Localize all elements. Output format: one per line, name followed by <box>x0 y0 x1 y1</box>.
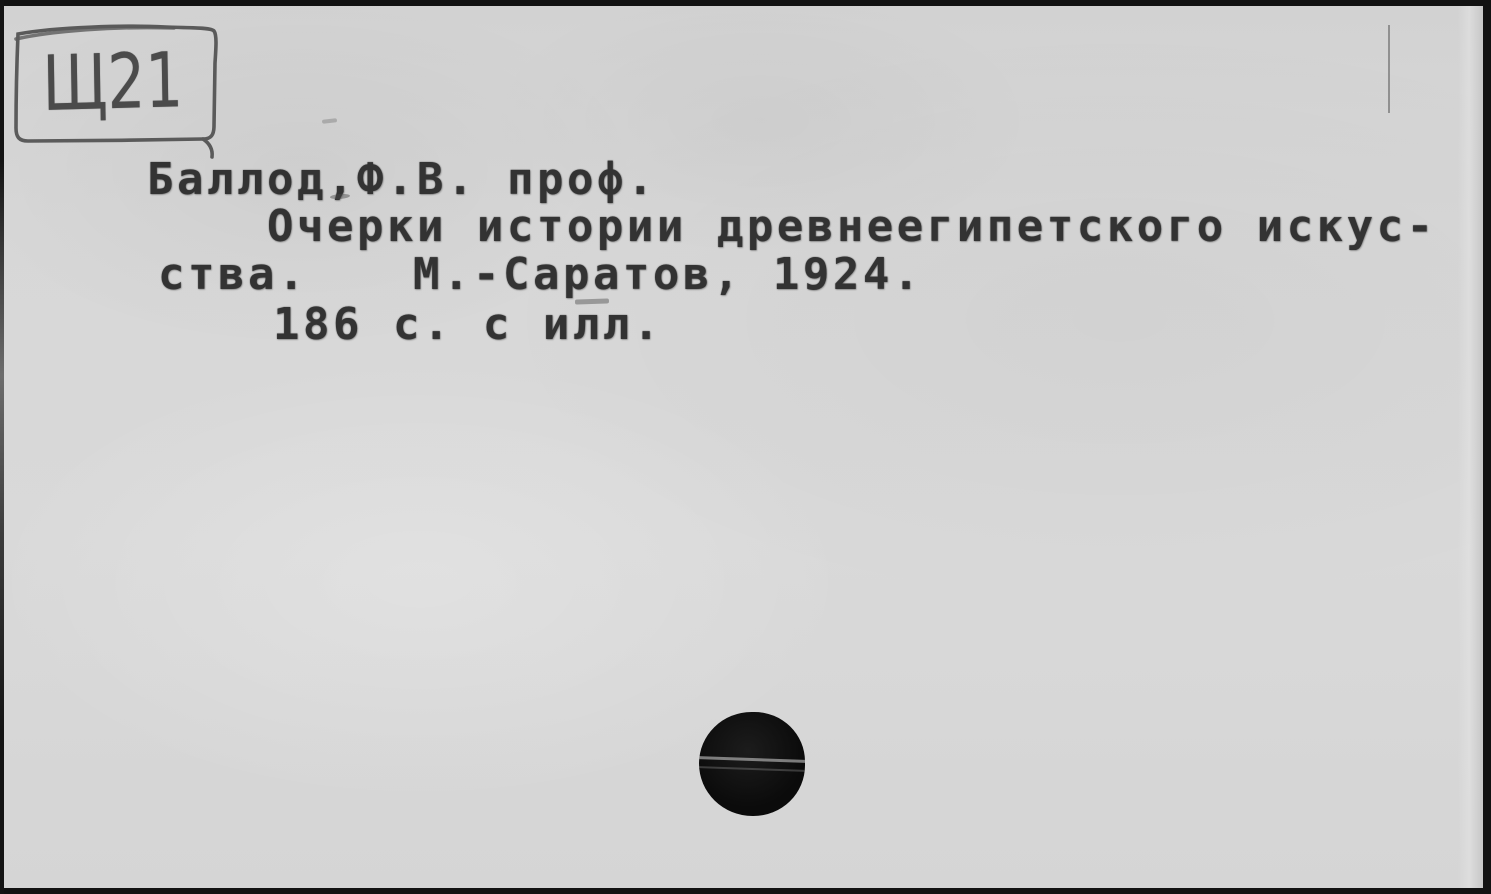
imprint: М.-Саратов, 1924. <box>413 253 923 297</box>
call-number-text: Щ21 <box>42 42 183 122</box>
call-number-box: Щ21 <box>6 18 236 168</box>
author-title: проф. <box>507 158 657 202</box>
catalog-card-scan: Щ21 Баллод,Ф.В. проф. Очерки истории дре… <box>0 0 1491 894</box>
title-line-2: ства. <box>158 253 308 297</box>
scan-streak <box>699 766 805 772</box>
card-right-edge-shadow <box>1458 6 1483 888</box>
ink-smudge <box>322 118 337 124</box>
scan-edge-left <box>0 0 4 894</box>
scratch-mark <box>1388 25 1390 113</box>
author-name: Баллод,Ф.В. <box>147 158 477 202</box>
collation: 186 с. с илл. <box>273 303 663 347</box>
hole-punch <box>699 712 805 816</box>
title-line-1: Очерки истории древнеегипетского искус- <box>267 205 1437 249</box>
scan-streak <box>699 756 805 763</box>
scan-edge-top <box>0 0 1491 6</box>
scan-edge-bottom <box>0 888 1491 894</box>
scan-edge-right <box>1483 0 1491 894</box>
